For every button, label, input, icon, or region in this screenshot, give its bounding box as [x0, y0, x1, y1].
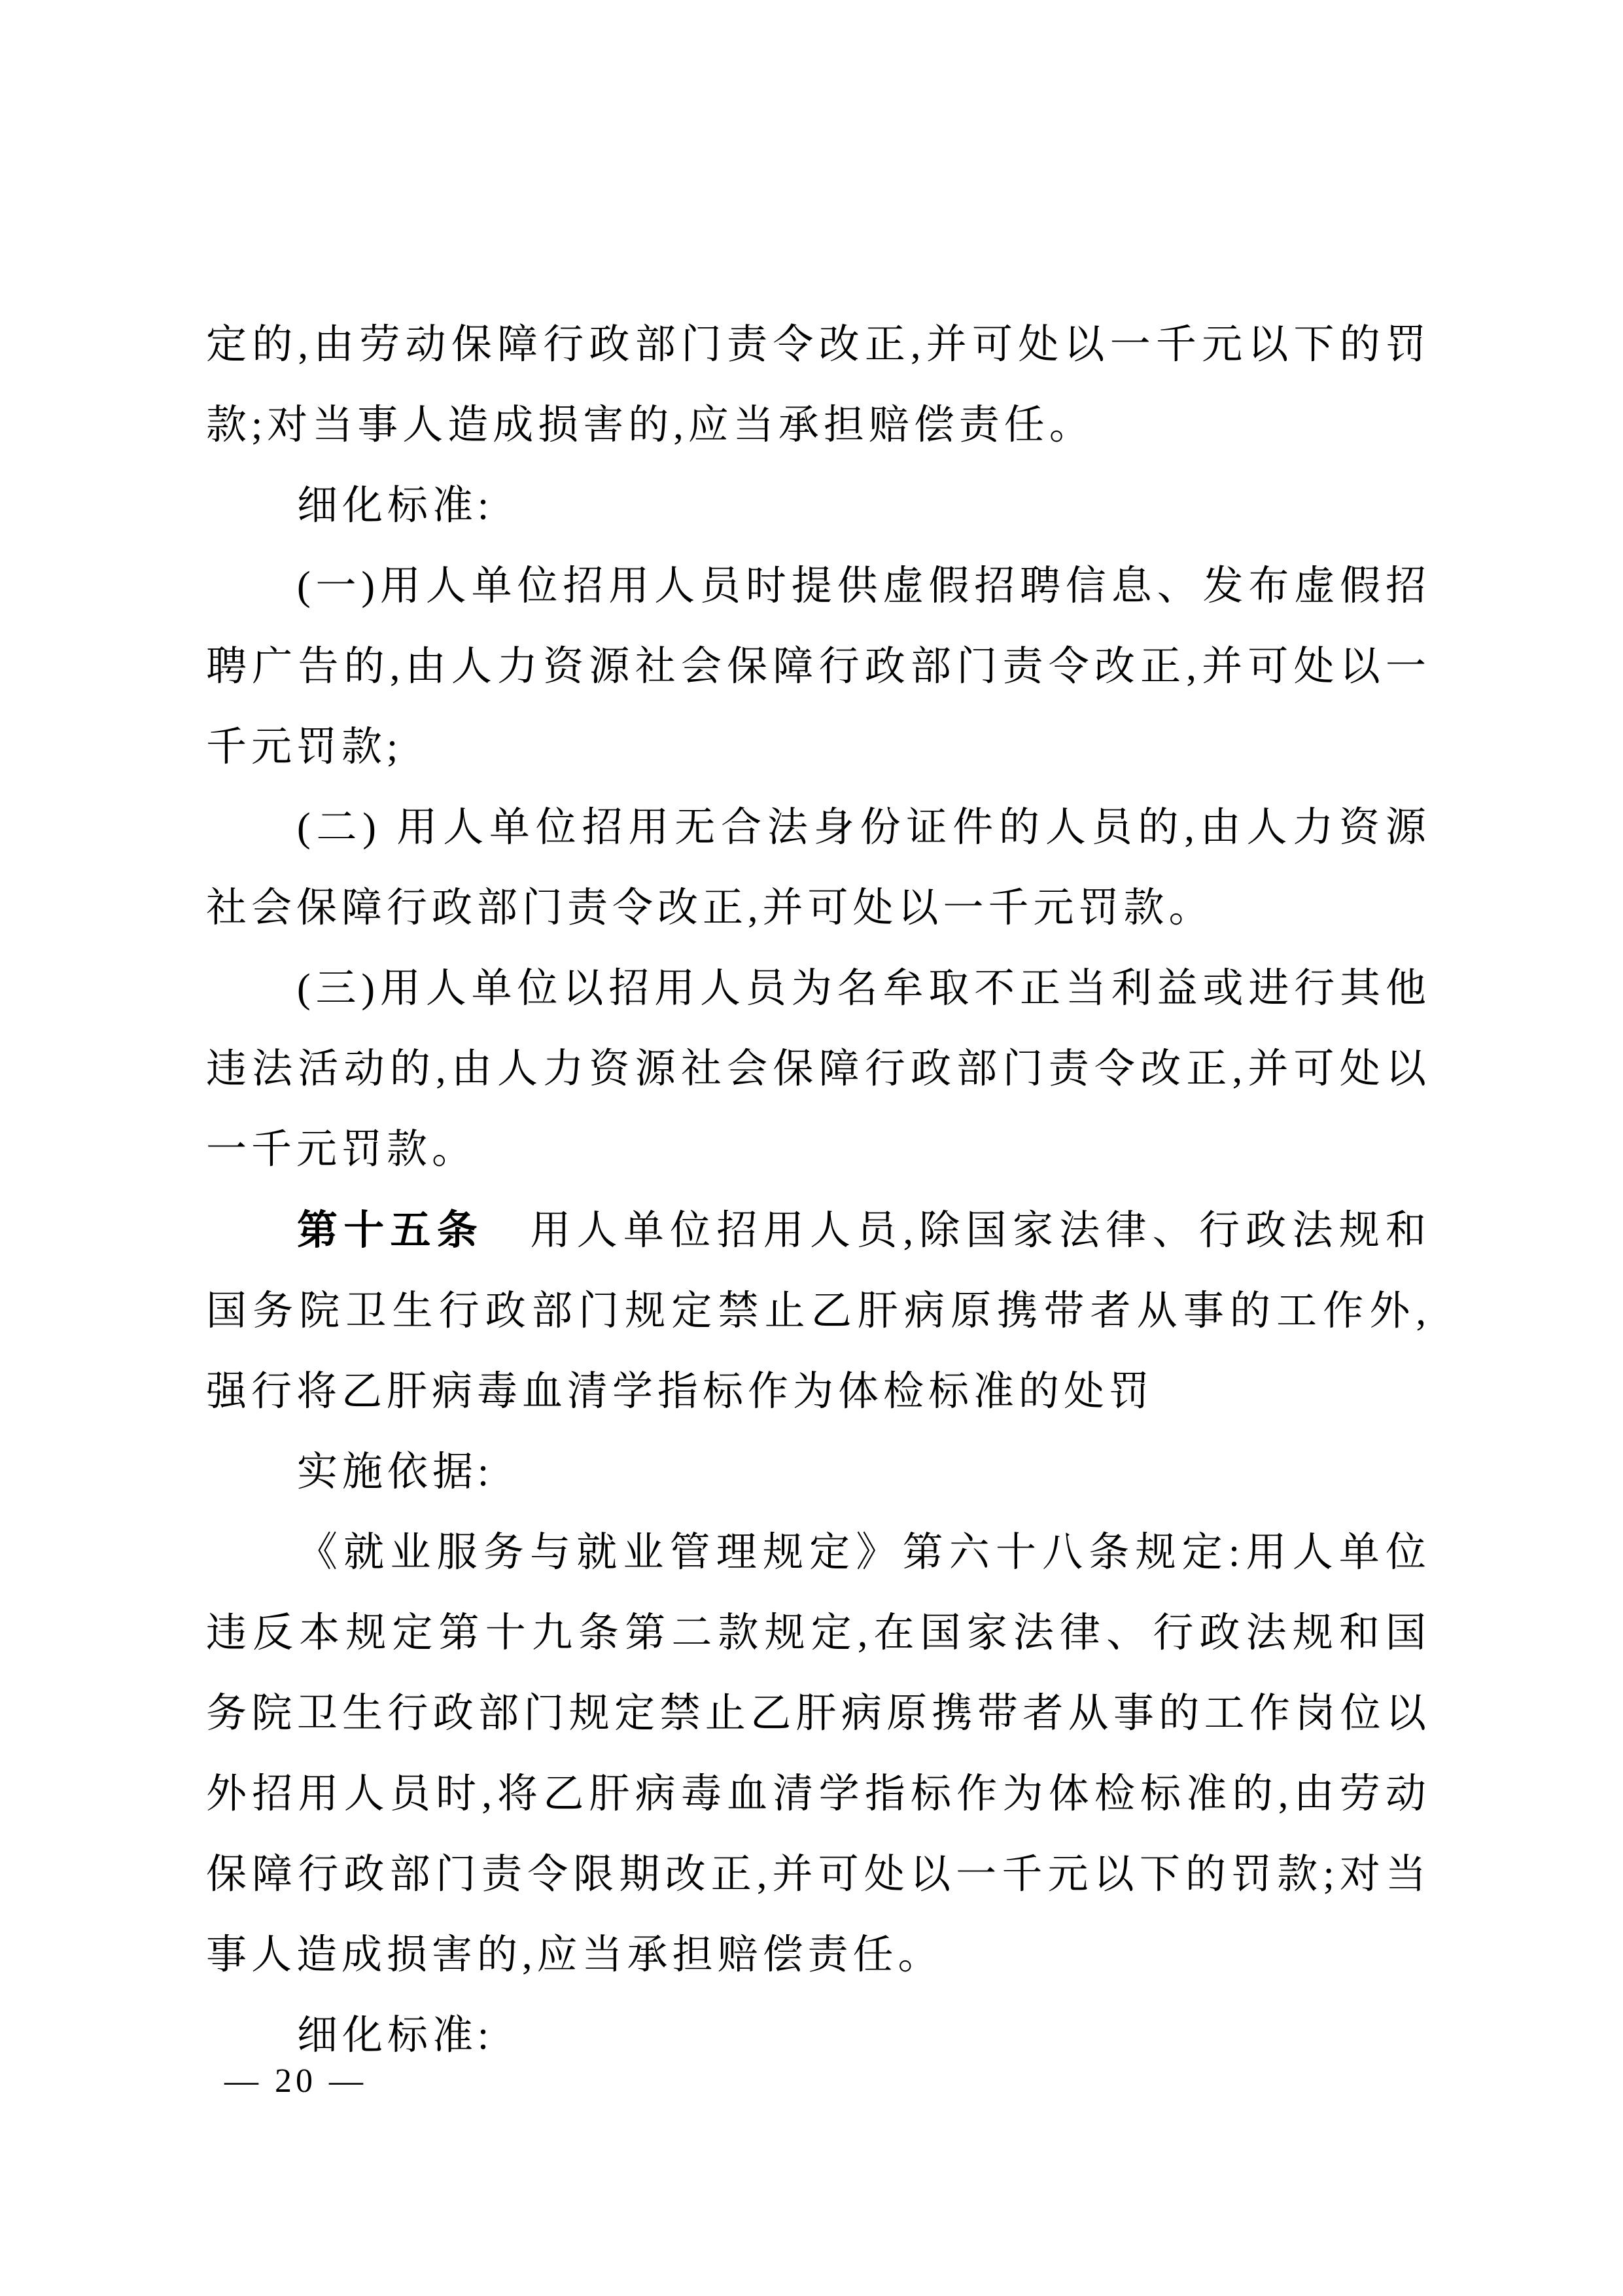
document-page: 定的,由劳动保障行政部门责令改正,并可处以一千元以下的罚款;对当事人造成损害的,…: [0, 0, 1623, 2296]
paragraph-item-3: (三)用人单位以招用人员为名牟取不正当利益或进行其他违法活动的,由人力资源社会保…: [206, 949, 1431, 1190]
article-number-label: 第十五条: [297, 1208, 483, 1253]
paragraph-continuation: 定的,由劳动保障行政部门责令改正,并可处以一千元以下的罚款;对当事人造成损害的,…: [206, 305, 1431, 466]
paragraph-basis-body: 《就业服务与就业管理规定》第六十八条规定:用人单位违反本规定第十九条第二款规定,…: [206, 1513, 1431, 1996]
paragraph-item-2: (二) 用人单位招用无合法身份证件的人员的,由人力资源社会保障行政部门责令改正,…: [206, 788, 1431, 949]
page-number: — 20 —: [224, 2058, 367, 2104]
paragraph-article-15: 第十五条 用人单位招用人员,除国家法律、行政法规和国务院卫生行政部门规定禁止乙肝…: [206, 1190, 1431, 1432]
paragraph-refinement-heading-2: 细化标准:: [206, 1996, 1431, 2076]
document-body: 定的,由劳动保障行政部门责令改正,并可处以一千元以下的罚款;对当事人造成损害的,…: [206, 305, 1431, 2076]
paragraph-item-1: (一)用人单位招用人员时提供虚假招聘信息、发布虚假招聘广告的,由人力资源社会保障…: [206, 546, 1431, 788]
paragraph-basis-heading: 实施依据:: [206, 1432, 1431, 1513]
paragraph-refinement-heading: 细化标准:: [206, 466, 1431, 546]
